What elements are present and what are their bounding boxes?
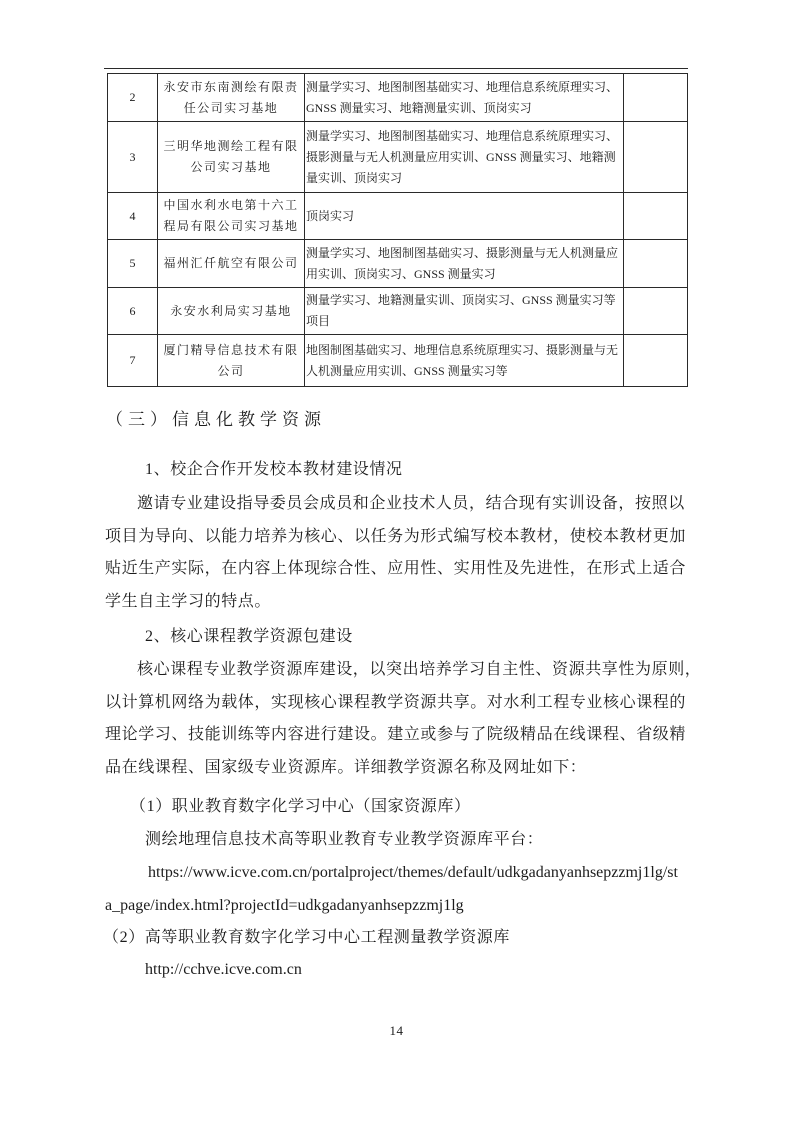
row-number-cell: 4 <box>108 193 158 240</box>
internship-bases-table: 2 永安市东南测绘有限责 任公司实习基地 测量学实习、地图制图基础实习、地理信息… <box>107 73 688 387</box>
company-cell: 永安市东南测绘有限责 任公司实习基地 <box>158 74 305 122</box>
courses-cell: 测量学实习、地图制图基础实习、地理信息系统原理实习、 摄影测量与无人机测量应用实… <box>305 122 624 193</box>
note-cell <box>624 193 688 240</box>
resource-item-1: （1）职业教育数字化学习中心（国家资源库） <box>130 791 471 824</box>
subsection-2-title: 2、核心课程教学资源包建设 <box>145 621 353 654</box>
table-row: 4 中国水利水电第十六工 程局有限公司实习基地 顶岗实习 <box>108 193 688 240</box>
page-number: 14 <box>0 1023 793 1039</box>
courses-cell: 顶岗实习 <box>305 193 624 240</box>
resource-item-2: （2）高等职业教育数字化学习中心工程测量教学资源库 <box>103 922 510 955</box>
row-number-cell: 7 <box>108 335 158 387</box>
row-number-cell: 3 <box>108 122 158 193</box>
company-cell: 中国水利水电第十六工 程局有限公司实习基地 <box>158 193 305 240</box>
document-page: 2 永安市东南测绘有限责 任公司实习基地 测量学实习、地图制图基础实习、地理信息… <box>0 0 793 1122</box>
courses-cell: 测量学实习、地图制图基础实习、地理信息系统原理实习、 GNSS 测量实习、地籍测… <box>305 74 624 122</box>
table-row: 2 永安市东南测绘有限责 任公司实习基地 测量学实习、地图制图基础实习、地理信息… <box>108 74 688 122</box>
resource-url-2: http://cchve.icve.com.cn <box>145 954 302 987</box>
section-heading: （三）信息化教学资源 <box>106 404 326 437</box>
resource-url-1: https://www.icve.com.cn/portalproject/th… <box>105 857 678 922</box>
row-number-cell: 6 <box>108 288 158 335</box>
table-row: 7 厦门精导信息技术有限 公司 地图制图基础实习、地理信息系统原理实习、摄影测量… <box>108 335 688 387</box>
row-number-cell: 5 <box>108 240 158 288</box>
company-cell: 厦门精导信息技术有限 公司 <box>158 335 305 387</box>
courses-cell: 测量学实习、地图制图基础实习、摄影测量与无人机测量应 用实训、顶岗实习、GNSS… <box>305 240 624 288</box>
table-row: 6 永安水利局实习基地 测量学实习、地籍测量实训、顶岗实习、GNSS 测量实习等… <box>108 288 688 335</box>
company-cell: 三明华地测绘工程有限 公司实习基地 <box>158 122 305 193</box>
note-cell <box>624 335 688 387</box>
row-number-cell: 2 <box>108 74 158 122</box>
note-cell <box>624 240 688 288</box>
table-row: 3 三明华地测绘工程有限 公司实习基地 测量学实习、地图制图基础实习、地理信息系… <box>108 122 688 193</box>
note-cell <box>624 288 688 335</box>
subsection-1-title: 1、校企合作开发校本教材建设情况 <box>145 454 403 487</box>
table-continuation-rule <box>104 68 688 69</box>
courses-cell: 测量学实习、地籍测量实训、顶岗实习、GNSS 测量实习等 项目 <box>305 288 624 335</box>
platform-name-line: 测绘地理信息技术高等职业教育专业教学资源库平台： <box>145 824 543 857</box>
note-cell <box>624 74 688 122</box>
paragraph-resource-package: 核心课程专业教学资源库建设，以突出培养学习自主性、资源共享性为原则， 以计算机网… <box>105 654 701 784</box>
paragraph-textbook-development: 邀请专业建设指导委员会成员和企业技术人员，结合现有实训设备，按照以 项目为导向、… <box>105 488 686 618</box>
note-cell <box>624 122 688 193</box>
company-cell: 福州汇仟航空有限公司 <box>158 240 305 288</box>
table-row: 5 福州汇仟航空有限公司 测量学实习、地图制图基础实习、摄影测量与无人机测量应 … <box>108 240 688 288</box>
courses-cell: 地图制图基础实习、地理信息系统原理实习、摄影测量与无 人机测量应用实训、GNSS… <box>305 335 624 387</box>
company-cell: 永安水利局实习基地 <box>158 288 305 335</box>
